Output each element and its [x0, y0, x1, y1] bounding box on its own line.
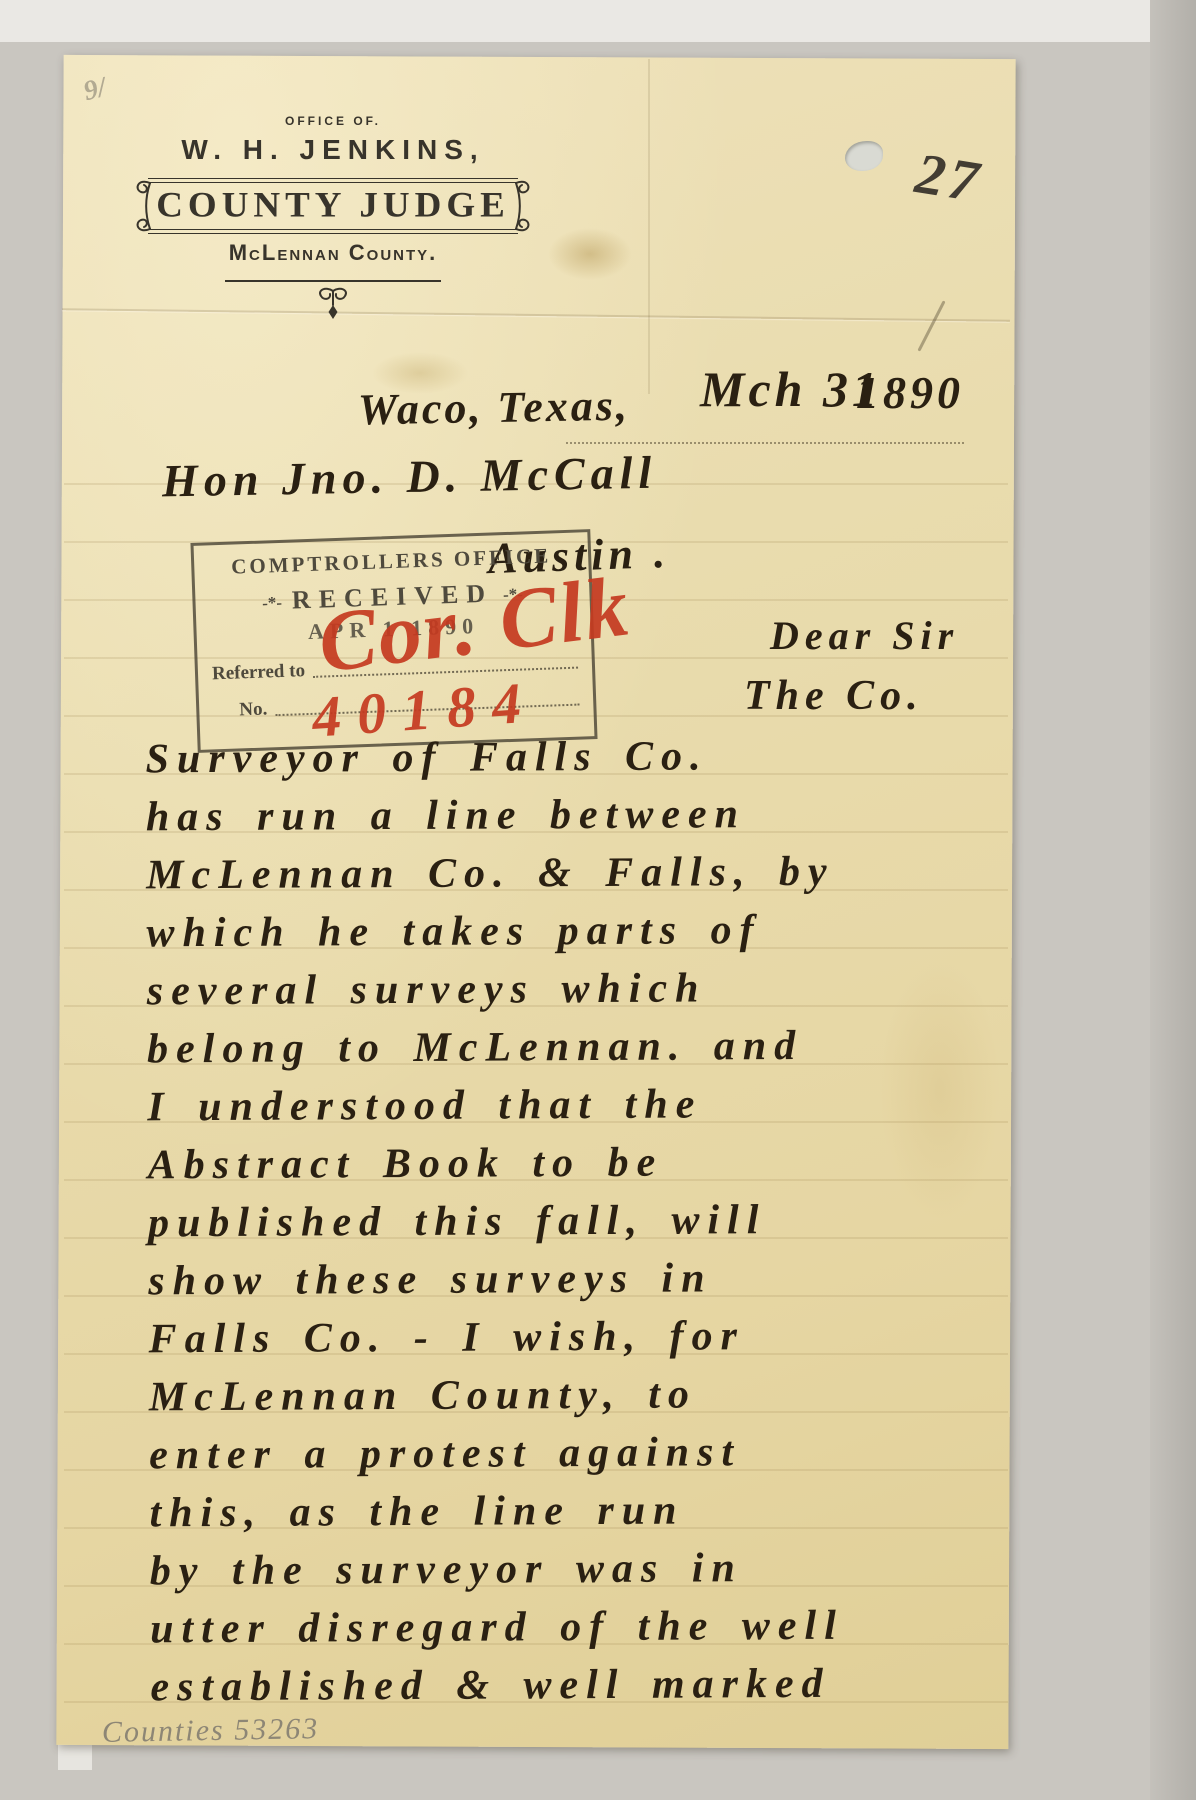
- recipient-name: Hon Jno. D. McCall: [162, 446, 658, 508]
- starburst-ornament-icon: -*-: [262, 593, 283, 614]
- dateline-year: 1890: [856, 366, 964, 419]
- fleur-ornament-icon: [313, 286, 353, 322]
- letter-opening: The Co.: [744, 672, 924, 720]
- catalog-annotation: Counties 53263: [102, 1712, 320, 1750]
- letterhead-judge-name: W. H. JENKINS,: [63, 134, 603, 166]
- letterhead-office-of: OFFICE OF.: [63, 114, 603, 128]
- photo-mat-top: [0, 0, 1196, 42]
- letterhead-title: COUNTY JUDGE: [148, 185, 518, 226]
- letter-salutation: Dear Sir: [770, 612, 959, 659]
- county-judge-banner: COUNTY JUDGE: [148, 178, 518, 234]
- stamp-number-label: No.: [239, 698, 268, 721]
- photo-mat-right: [1150, 0, 1196, 1800]
- letter-body: Surveyor of Falls Co. has run a line bet…: [145, 726, 1050, 1717]
- dateline-date: Mch 31: [700, 360, 881, 418]
- scroll-ornament-icon: [512, 175, 534, 237]
- dateline-dotted-rule: [566, 442, 964, 444]
- letterhead-divider-rule: [225, 280, 441, 282]
- page-number-annotation: 27: [911, 139, 987, 215]
- letterhead-county: McLennan County.: [63, 240, 603, 266]
- stamp-referred-label: Referred to: [212, 660, 306, 685]
- dateline-place: Waco, Texas,: [358, 380, 631, 436]
- vertical-fold-crease: [648, 59, 650, 394]
